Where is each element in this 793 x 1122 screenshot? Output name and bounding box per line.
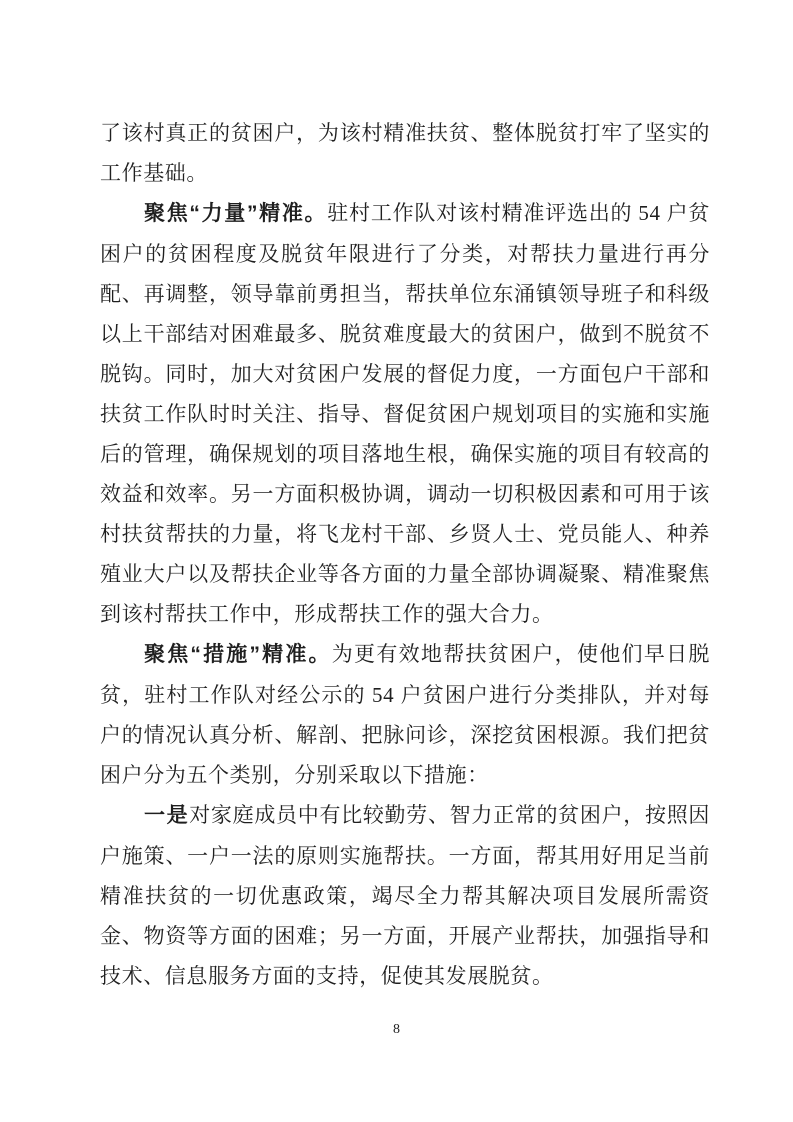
paragraph-text: 了该村真正的贫困户，为该村精准扶贫、整体脱贫打牢了坚实的工作基础。 (100, 121, 710, 185)
paragraph-text: 驻村工作队对该村精准评选出的 54 户贫困户的贫困程度及脱贫年限进行了分类，对帮… (100, 201, 710, 626)
paragraph-lead: 一是 (144, 804, 189, 827)
paragraph: 一是对家庭成员中有比较勤劳、智力正常的贫困户，按照因户施策、一户一法的原则实施帮… (100, 795, 710, 996)
document-body: 了该村真正的贫困户，为该村精准扶贫、整体脱贫打牢了坚实的工作基础。聚焦“力量”精… (100, 113, 710, 996)
page-number: 8 (0, 1022, 793, 1038)
document-page: 了该村真正的贫困户，为该村精准扶贫、整体脱贫打牢了坚实的工作基础。聚焦“力量”精… (0, 0, 793, 1122)
paragraph-lead: 聚焦“力量”精准。 (144, 202, 327, 225)
paragraph-lead: 聚焦“措施”精准。 (144, 643, 332, 666)
paragraph: 聚焦“力量”精准。驻村工作队对该村精准评选出的 54 户贫困户的贫困程度及脱贫年… (100, 193, 710, 634)
paragraph-text: 对家庭成员中有比较勤劳、智力正常的贫困户，按照因户施策、一户一法的原则实施帮扶。… (100, 803, 710, 988)
paragraph: 了该村真正的贫困户，为该村精准扶贫、整体脱贫打牢了坚实的工作基础。 (100, 113, 710, 193)
paragraph: 聚焦“措施”精准。为更有效地帮扶贫困户，使他们早日脱贫，驻村工作队对经公示的 5… (100, 634, 710, 795)
